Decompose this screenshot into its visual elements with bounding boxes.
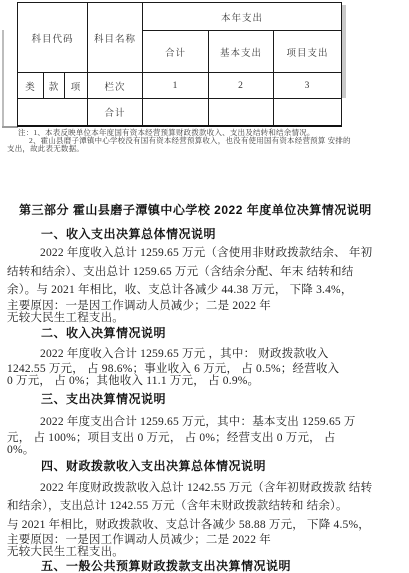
cell-total-v1: [143, 99, 209, 127]
scan-shadow-left: [2, 30, 4, 128]
budget-table: 科目代码 科目名称 本年支出 合计 基本支出 项目支出 类 款 项 栏次 1 2…: [17, 2, 342, 127]
th-basic-expenditure: 基本支出: [209, 31, 274, 73]
table-notes: 注：1、本表反映单位本年度国有资本经营预算财政拨款收入、支出及结转和结余情况。 …: [7, 129, 403, 154]
paragraph-line: 主要原因：一是因工作调动人员减少；二是 2022 年: [7, 534, 403, 546]
section-heading-2: 二、收入决算情况说明: [7, 327, 403, 340]
paragraph-line: 2022 年度收入合计 1259.65 万元 ，其中： 财政拨款收入: [7, 345, 403, 364]
cell-col-3: 3: [274, 73, 342, 99]
cell-total-v3: [274, 99, 342, 127]
paragraph-line: 主要原因：一是因工作调动人员减少；二是 2022 年: [7, 300, 403, 312]
paragraph-line: 和结余），支出总计 1242.55 万元（含年末财政拨款结转和 结余）。: [7, 497, 403, 516]
paragraph-4: 2022 年度财政拨款收入总计 1242.55 万元（含年初财政拨款 结转 和结…: [7, 479, 403, 559]
section-heading-4: 四、财政拨款收入支出决算总体情况说明: [7, 460, 403, 473]
paragraph-line: 1242.55 万元， 占 98.6%；事业收入 6 万元， 占 0.5%；经营…: [7, 363, 403, 375]
paragraph-line: 2022 年度财政拨款收入总计 1242.55 万元（含年初财政拨款 结转: [7, 479, 403, 498]
scan-shadow-bottom: [2, 126, 18, 128]
cell-total-code: [18, 99, 88, 127]
th-year-expenditure: 本年支出: [143, 3, 342, 31]
paragraph-line: 2022 年度收入总计 1259.65 万元（含使用非财政拨款结余、 年初: [7, 244, 403, 263]
paragraph-line: 结转和结余）、支出总计 1259.65 万元（含结余分配、年末 结转和结: [7, 263, 403, 282]
section-heading-5: 五、一般公共预算财政拨款支出决算情况说明: [7, 560, 403, 573]
report-body: 第三部分 霍山县磨子潭镇中心学校 2022 年度单位决算情况说明 一、收入支出决…: [7, 200, 403, 573]
paragraph-3: 2022 年度支出合计 1259.65 万元，其中：基本支出 1259.65 万…: [7, 413, 403, 456]
th-subject-name: 科目名称: [88, 3, 143, 73]
cell-item: 项: [65, 73, 88, 99]
paragraph-line: 0%。: [7, 444, 403, 456]
paragraph-line: 元， 占 100%；项目支出 0 万元， 占 0%；经营支出 0 万元， 占: [7, 432, 403, 444]
paragraph-line: 0 万元， 占 0%；其他收入 11.1 万元， 占 0.9%。: [7, 375, 403, 387]
note-line-3: 支出，故此表无数据。: [7, 145, 403, 153]
paragraph-line: 无较大民生工程支出。: [7, 546, 403, 558]
th-project-expenditure: 项目支出: [274, 31, 342, 73]
section-heading-1: 一、收入支出决算总体情况说明: [7, 228, 403, 241]
paragraph-line: 余）。与 2021 年相比，收、支总计各减少 44.38 万元， 下降 3.4%…: [7, 281, 403, 300]
paragraph-line: 2022 年度支出合计 1259.65 万元，其中：基本支出 1259.65 万: [7, 413, 403, 432]
cell-class: 类: [18, 73, 44, 99]
decision-report-page: 科目代码 科目名称 本年支出 合计 基本支出 项目支出 类 款 项 栏次 1 2…: [0, 0, 409, 573]
paragraph-line: 与 2021 年相比，财政拨款收、支总计各减少 58.88 万元， 下降 4.5…: [7, 516, 403, 535]
part-title: 第三部分 霍山县磨子潭镇中心学校 2022 年度单位决算情况说明: [7, 200, 403, 217]
th-total: 合计: [143, 31, 209, 73]
scan-shadow-right: [342, 5, 346, 98]
cell-col-1: 1: [143, 73, 209, 99]
cell-total-v2: [209, 99, 274, 127]
cell-column-label: 栏次: [88, 73, 143, 99]
paragraph-2: 2022 年度收入合计 1259.65 万元 ，其中： 财政拨款收入 1242.…: [7, 345, 403, 388]
th-subject-code: 科目代码: [18, 3, 88, 73]
cell-total-label: 合计: [88, 99, 143, 127]
paragraph-1: 2022 年度收入总计 1259.65 万元（含使用非财政拨款结余、 年初 结转…: [7, 244, 403, 324]
cell-section: 款: [44, 73, 65, 99]
section-heading-3: 三、支出决算情况说明: [7, 393, 403, 406]
cell-col-2: 2: [209, 73, 274, 99]
paragraph-line: 无较大民生工程支出。: [7, 312, 403, 324]
